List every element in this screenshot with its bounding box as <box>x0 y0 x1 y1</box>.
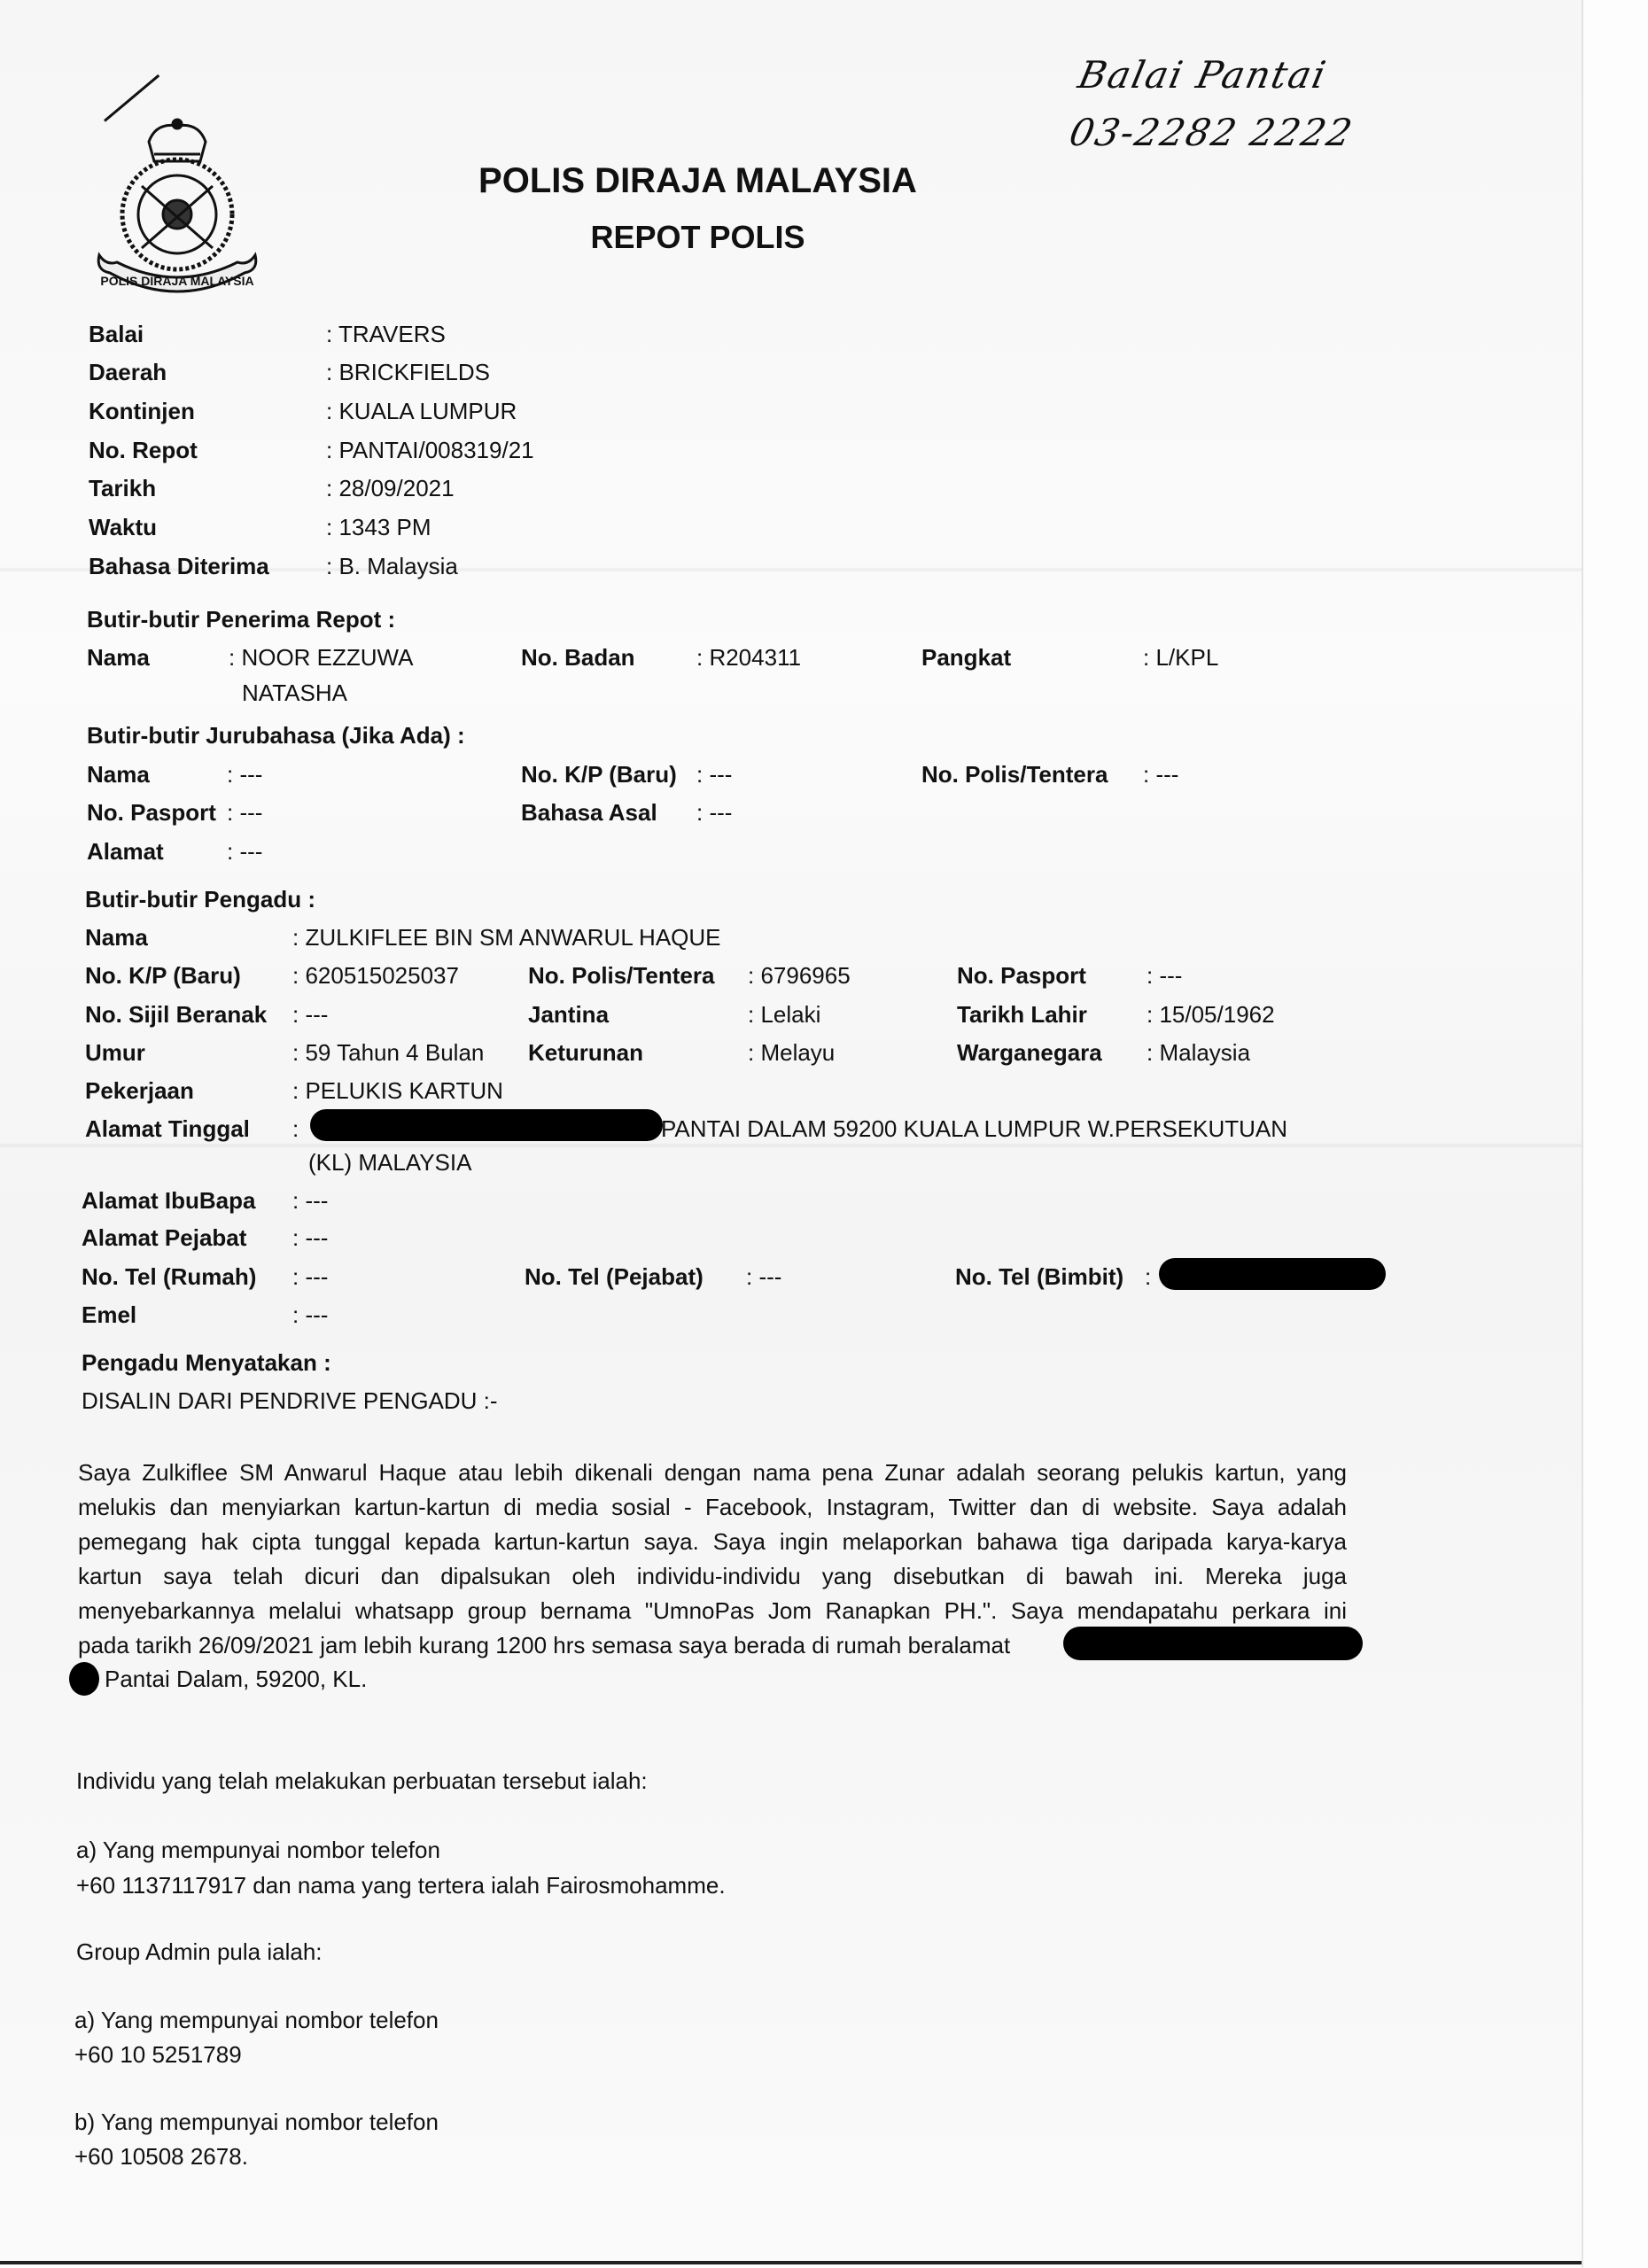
redaction-mobile-phone <box>1159 1258 1386 1290</box>
next-page-edge <box>1582 0 1648 2268</box>
admin-a-label: a) Yang mempunyai nombor telefon <box>74 2007 439 2034</box>
svg-text:POLIS DIRAJA MALAYSIA: POLIS DIRAJA MALAYSIA <box>100 274 253 288</box>
complainant-heading: Butir-butir Pengadu : <box>85 886 315 913</box>
handwritten-station-note: Balai Pantai <box>1075 53 1331 97</box>
individuals-heading: Individu yang telah melakukan perbuatan … <box>76 1767 648 1795</box>
admin-b-label: b) Yang mempunyai nombor telefon <box>74 2109 439 2136</box>
redaction-home-address <box>1063 1627 1363 1660</box>
redaction-house-number <box>69 1662 99 1696</box>
individual-a-phone: +60 1137117917 dan nama yang tertera ial… <box>76 1872 726 1899</box>
statement-heading: Pengadu Menyatakan : <box>82 1349 331 1377</box>
report-page: POLIS DIRAJA MALAYSIA Balai Pantai 03-22… <box>0 0 1582 2264</box>
document-title: POLIS DIRAJA MALAYSIA <box>0 161 1395 201</box>
statement-source: DISALIN DARI PENDRIVE PENGADU :- <box>82 1387 498 1415</box>
statement-paragraph-end: Pantai Dalam, 59200, KL. <box>105 1666 367 1693</box>
admin-heading: Group Admin pula ialah: <box>76 1938 323 1966</box>
police-emblem-icon: POLIS DIRAJA MALAYSIA <box>87 115 268 306</box>
individual-a-label: a) Yang mempunyai nombor telefon <box>76 1837 440 1864</box>
receiver-heading: Butir-butir Penerima Repot : <box>87 606 395 633</box>
interpreter-heading: Butir-butir Jurubahasa (Jika Ada) : <box>87 722 465 750</box>
document-subtitle: REPOT POLIS <box>0 219 1395 256</box>
admin-a-phone: +60 10 5251789 <box>74 2041 242 2069</box>
admin-b-phone: +60 10508 2678. <box>74 2143 248 2171</box>
paper-crease <box>0 1143 1582 1148</box>
handwritten-phone-note: 03-2282 2222 <box>1066 111 1357 154</box>
redaction-address <box>310 1109 663 1141</box>
